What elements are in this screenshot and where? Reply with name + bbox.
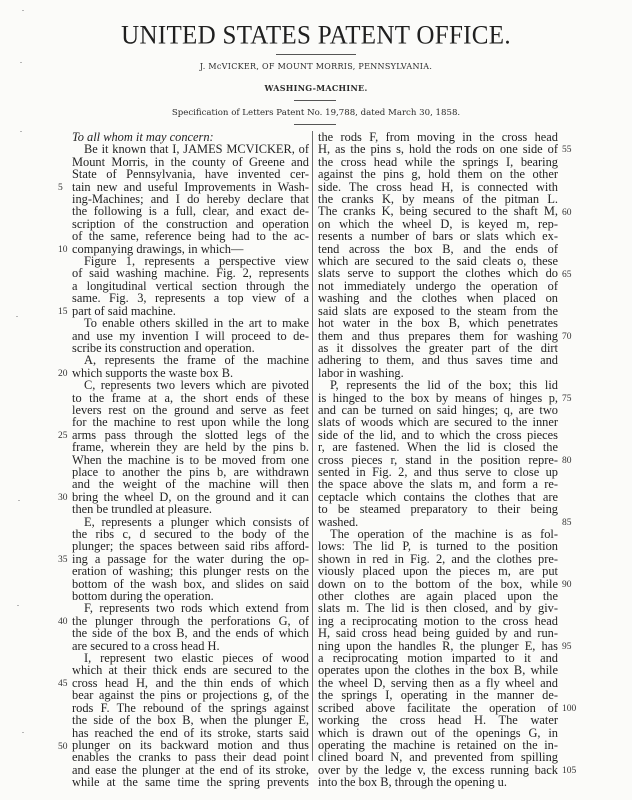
line-number: 20	[58, 369, 72, 379]
text-line: r, are fastened. When the lid is closed …	[318, 441, 558, 453]
right-text-column: the rods F, from moving in the cross hea…	[318, 131, 558, 789]
text-line: resents a number of bars or slats which …	[318, 230, 558, 242]
line-number: 55	[562, 145, 586, 155]
text-line: plunger; the spaces between said ribs af…	[72, 540, 309, 552]
line-number: 100	[562, 704, 586, 714]
text-line: clined board N, and prevented from spill…	[318, 751, 558, 763]
left-text-column: To all whom it may concern:Be it known t…	[72, 131, 309, 789]
text-line: same. Fig. 3, represents a top view of a	[72, 292, 309, 304]
text-line: operates upon the clothes in the box B, …	[318, 664, 558, 676]
text-line: F, represents two rods which extend from	[72, 602, 309, 614]
text-line: working the cross head H. The water	[318, 714, 558, 726]
text-line: State of Pennsylvania, have invented cer…	[72, 168, 309, 180]
scan-speck	[22, 732, 24, 733]
scan-speck	[20, 131, 22, 132]
text-line: eration of washing; this plunger rests o…	[72, 565, 309, 577]
inventor-line: J. McVICKER, OF MOUNT MORRIS, PENNSYLVAN…	[0, 62, 632, 71]
text-line: against the pins g, hold them on the oth…	[318, 168, 558, 180]
invention-subject: WASHING-MACHINE.	[0, 83, 632, 93]
text-line: adhering to them, and thus saves time an…	[318, 354, 558, 366]
line-number: 25	[58, 431, 72, 441]
office-title: UNITED STATES PATENT OFFICE.	[0, 21, 632, 50]
scan-speck	[20, 62, 22, 63]
text-line: bear against the pins or projections g, …	[72, 689, 309, 701]
text-line: C, represents two levers which are pivot…	[72, 379, 309, 391]
line-number: 105	[562, 766, 586, 776]
text-line: the springs I, operating in the manner d…	[318, 689, 558, 701]
column-divider	[312, 131, 313, 761]
text-line: To enable others skilled in the art to m…	[72, 317, 309, 329]
text-line: P, represents the lid of the box; this l…	[318, 379, 558, 391]
text-line: of the same, reference being had to the …	[72, 230, 309, 242]
line-number: 10	[58, 245, 72, 255]
scan-speck	[17, 605, 19, 606]
text-line: for the machine to rest upon while the l…	[72, 416, 309, 428]
specification-line: Specification of Letters Patent No. 19,7…	[0, 108, 632, 118]
scan-speck	[22, 10, 24, 11]
text-line: enables the cranks to pass their dead po…	[72, 751, 309, 763]
text-line: and the weight of the machine will then	[72, 478, 309, 490]
text-line: of said washing machine. Fig. 2, represe…	[72, 267, 309, 279]
line-number: 60	[562, 208, 586, 218]
text-line: the following is a full, clear, and exac…	[72, 205, 309, 217]
text-line: slats of woods which are secured to the …	[318, 416, 558, 428]
line-number: 5	[58, 183, 72, 193]
text-line: while at the same time the spring preven…	[72, 776, 309, 788]
text-line: slats serve to support the clothes which…	[318, 267, 558, 279]
line-number: 40	[58, 617, 72, 627]
text-line: into the box B, through the opening u.	[318, 776, 558, 788]
line-number: 85	[562, 518, 586, 528]
patent-page: UNITED STATES PATENT OFFICE. J. McVICKER…	[0, 0, 632, 800]
spec-rule	[294, 124, 336, 125]
line-number: 75	[562, 394, 586, 404]
text-line: the side of the box B, when the plunger …	[72, 714, 309, 726]
scan-speck	[18, 500, 20, 501]
scan-speck	[16, 316, 18, 317]
text-line: lows: The lid P, is turned to the positi…	[318, 540, 558, 552]
text-line: H, said cross head being guided by and r…	[318, 627, 558, 639]
subject-rule	[294, 100, 336, 101]
title-rule	[276, 54, 356, 55]
line-number: 30	[58, 493, 72, 503]
line-number: 90	[562, 580, 586, 590]
text-line: hot water in the box B, which penetrates	[318, 317, 558, 329]
text-line: the side of the box B, and the ends of w…	[72, 627, 309, 639]
text-line: Be it known that I, JAMES MCVICKER, of	[72, 143, 309, 155]
text-line: to be steamed preparatory to their being	[318, 503, 558, 515]
line-number: 50	[58, 742, 72, 752]
text-line: slats m. The lid is then closed, and by …	[318, 602, 558, 614]
text-line: H, as the pins s, hold the rods on one s…	[318, 143, 558, 155]
text-line: The cranks K, being secured to the shaft…	[318, 205, 558, 217]
line-number: 95	[562, 642, 586, 652]
text-line: which at their thick ends are secured to…	[72, 664, 309, 676]
line-number: 65	[562, 270, 586, 280]
text-line: frame, wherein they are held by the pins…	[72, 441, 309, 453]
line-number: 80	[562, 456, 586, 466]
line-number: 15	[58, 307, 72, 317]
text-line: the space above the slats m, and form a …	[318, 478, 558, 490]
line-number: 70	[562, 332, 586, 342]
text-line: A, represents the frame of the machine	[72, 354, 309, 366]
text-line: washing and the clothes when placed on	[318, 292, 558, 304]
text-line: then be trundled at pleasure.	[72, 503, 309, 515]
line-number: 35	[58, 555, 72, 565]
line-number: 45	[58, 679, 72, 689]
text-line: viously placed upon the pieces m, are pu…	[318, 565, 558, 577]
